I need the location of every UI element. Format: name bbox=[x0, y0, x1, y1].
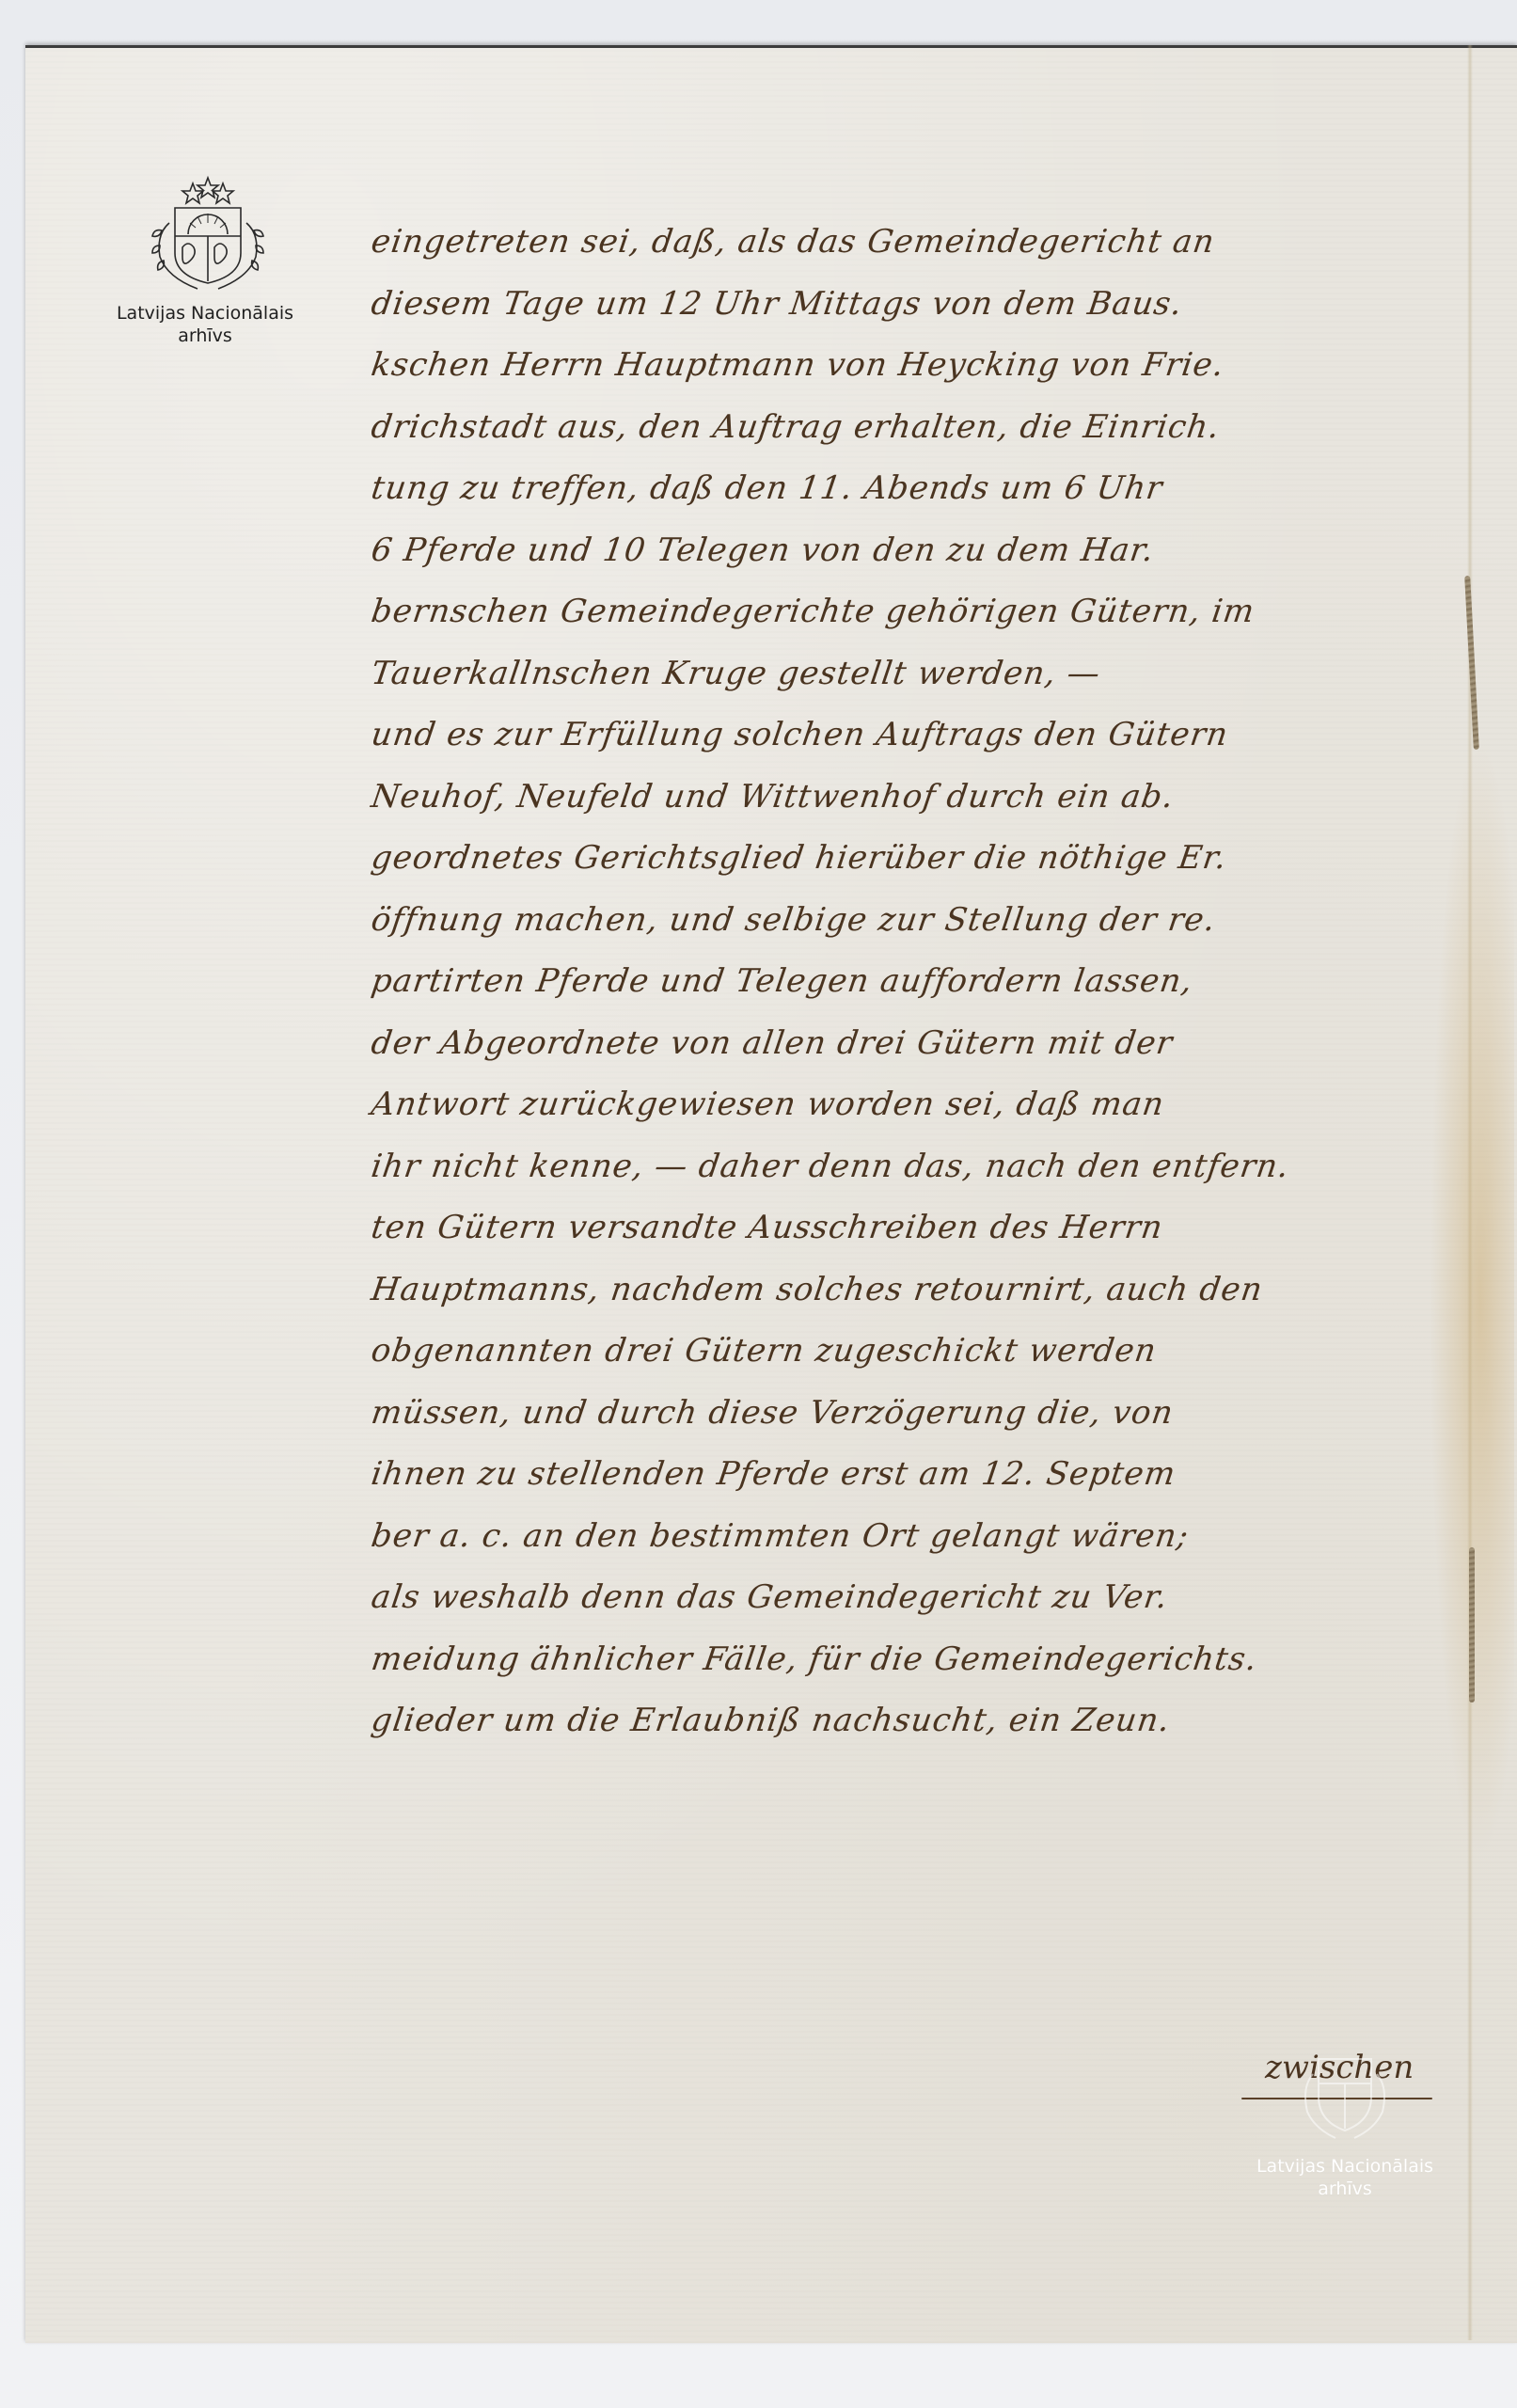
manuscript-line: müssen, und durch diese Verzögerung die,… bbox=[367, 1383, 1466, 1445]
binding-thread-lower bbox=[1469, 1547, 1475, 1703]
manuscript-line: 6 Pferde und 10 Telegen von den zu dem H… bbox=[367, 520, 1466, 582]
manuscript-text: eingetreten sei, daß, als das Gemeindege… bbox=[371, 212, 1462, 1752]
coat-of-arms-watermark-icon bbox=[1288, 2046, 1401, 2149]
manuscript-line: kschen Herrn Hauptmann von Heycking von … bbox=[367, 335, 1466, 397]
manuscript-line: ten Gütern versandte Ausschreiben des He… bbox=[367, 1197, 1466, 1259]
manuscript-line: meidung ähnlicher Fälle, für die Gemeind… bbox=[367, 1629, 1466, 1691]
manuscript-line: obgenannten drei Gütern zugeschickt werd… bbox=[367, 1321, 1466, 1383]
archive-logo: Latvijas Nacionālais arhīvs bbox=[111, 174, 299, 347]
manuscript-line: ber a. c. an den bestimmten Ort gelangt … bbox=[367, 1506, 1466, 1568]
manuscript-line: öffnung machen, und selbige zur Stellung… bbox=[367, 890, 1466, 952]
manuscript-line: als weshalb denn das Gemeindegericht zu … bbox=[367, 1567, 1466, 1629]
manuscript-line: ihnen zu stellenden Pferde erst am 12. S… bbox=[367, 1444, 1466, 1506]
manuscript-line: Antwort zurückgewiesen worden sei, daß m… bbox=[367, 1074, 1466, 1136]
manuscript-line: der Abgeordnete von allen drei Gütern mi… bbox=[367, 1013, 1466, 1075]
manuscript-line: glieder um die Erlaubniß nachsucht, ein … bbox=[367, 1690, 1466, 1752]
manuscript-line: partirten Pferde und Telegen auffordern … bbox=[367, 951, 1466, 1013]
manuscript-line: bernschen Gemeindegerichte gehörigen Güt… bbox=[367, 581, 1466, 643]
manuscript-line: eingetreten sei, daß, als das Gemeindege… bbox=[367, 212, 1466, 274]
manuscript-line: Neuhof, Neufeld und Wittwenhof durch ein… bbox=[367, 767, 1466, 829]
archive-watermark: Latvijas Nacionālais arhīvs bbox=[1232, 2046, 1458, 2200]
manuscript-line: und es zur Erfüllung solchen Auftrags de… bbox=[367, 705, 1466, 767]
latvia-coat-of-arms-icon bbox=[120, 174, 290, 294]
watermark-name-line2: arhīvs bbox=[1232, 2178, 1458, 2200]
archive-name-line1: Latvijas Nacionālais bbox=[111, 302, 299, 325]
watermark-name-line1: Latvijas Nacionālais bbox=[1232, 2155, 1458, 2178]
manuscript-line: diesem Tage um 12 Uhr Mittags von dem Ba… bbox=[367, 274, 1466, 336]
manuscript-line: drichstadt aus, den Auftrag erhalten, di… bbox=[367, 397, 1466, 459]
archive-name-line2: arhīvs bbox=[111, 325, 299, 347]
manuscript-line: tung zu treffen, daß den 11. Abends um 6… bbox=[367, 458, 1466, 520]
manuscript-line: Tauerkallnschen Kruge gestellt werden, — bbox=[367, 643, 1466, 705]
manuscript-line: ihr nicht kenne, — daher denn das, nach … bbox=[367, 1136, 1466, 1198]
manuscript-line: geordnetes Gerichtsglied hierüber die nö… bbox=[367, 828, 1466, 890]
manuscript-line: Hauptmanns, nachdem solches retournirt, … bbox=[367, 1259, 1466, 1322]
